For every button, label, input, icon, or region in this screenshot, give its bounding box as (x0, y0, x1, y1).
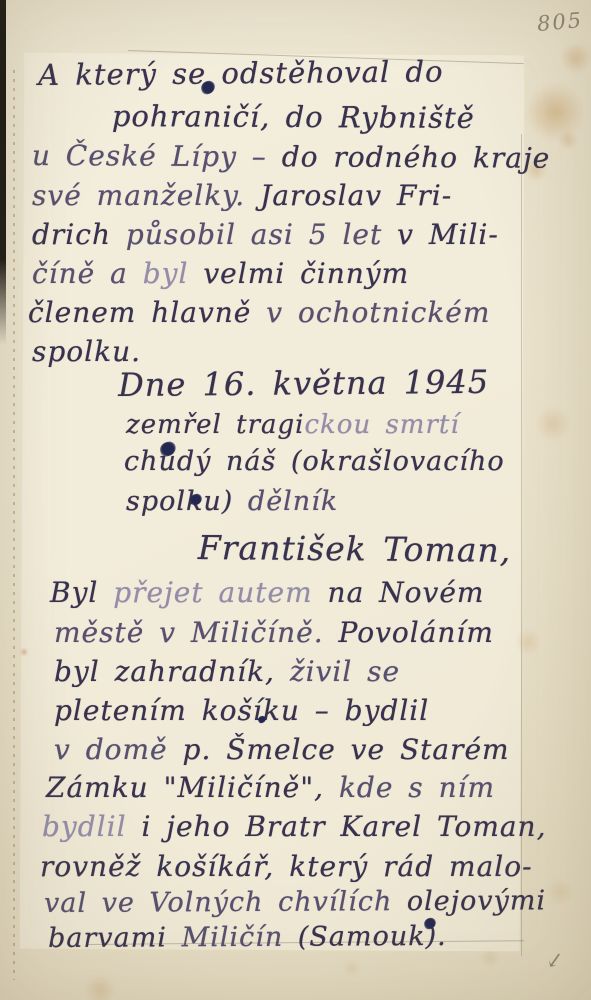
manuscript-line: rovněž košíkář, který rád malo- (40, 850, 533, 883)
manuscript-line: u České Lípy – do rodného kraje (32, 139, 551, 175)
paper-stain (84, 974, 116, 1000)
manuscript-segment: chudý náš (okrašlovacího (124, 446, 505, 477)
manuscript-segment: byl zahradník, (54, 655, 290, 688)
paper-stain (558, 130, 578, 150)
stitch-marks (13, 70, 15, 980)
manuscript-segment: Povoláním (339, 616, 494, 649)
manuscript-segment: dělník (248, 486, 338, 517)
manuscript-line: v domě p. Šmelce ve Starém (54, 733, 510, 766)
manuscript-line: pohraničí, do Rybniště (112, 99, 475, 135)
manuscript-segment: Karel Toman, (341, 810, 547, 843)
paper-stain (535, 406, 571, 442)
manuscript-segment: ckou smrtí (304, 410, 459, 440)
manuscript-line: barvami Miličín (Samouk). (48, 921, 447, 954)
manuscript-segment: do rodného kraje (282, 140, 551, 174)
page-number: 805 (536, 8, 584, 36)
manuscript-segment: v domě (54, 733, 183, 766)
manuscript-segment: val ve Volných chvílích (44, 886, 407, 919)
manuscript-segment: (Samouk). (298, 921, 447, 953)
manuscript-segment: živil se (290, 655, 400, 688)
manuscript-line: bydlil i jeho Bratr Karel Toman, (42, 810, 547, 843)
manuscript-line: číně a byl velmi činným (32, 257, 409, 290)
paper-stain (525, 82, 585, 142)
binding-edge (0, 0, 6, 345)
manuscript-segment: u České Lípy – (32, 139, 282, 173)
manuscript-segment: František Toman, (198, 528, 512, 570)
manuscript-segment: olejovými (407, 885, 546, 917)
manuscript-segment: Miličín (181, 922, 297, 954)
manuscript-segment: pohraničí, do Rybniště (112, 99, 475, 135)
manuscript-segment: rovněž košíkář, který rád malo- (40, 850, 533, 883)
manuscript-line: pletením košíku – bydlil (54, 694, 429, 727)
manuscript-line: své manželky. Jaroslav Fri- (32, 179, 452, 212)
paper-stain (560, 42, 591, 74)
manuscript-page: 805 A který se odstěhoval dopohraničí, d… (0, 0, 591, 1000)
manuscript-segment: v Mili- (397, 218, 499, 251)
manuscript-segment: i jeho Bratr (141, 810, 340, 843)
manuscript-segment: bydlil (42, 810, 141, 843)
manuscript-segment: spolku. (32, 335, 141, 368)
manuscript-line: spolku) dělník (126, 486, 338, 517)
manuscript-segment: Jaroslav Fri- (260, 179, 452, 212)
manuscript-segment: A který se odstěhoval do (38, 54, 444, 92)
manuscript-line: František Toman, (198, 528, 512, 570)
manuscript-segment: pletením košíku – bydlil (54, 694, 429, 727)
manuscript-segment: velmi činným (203, 257, 409, 290)
manuscript-segment: barvami (48, 922, 182, 954)
paper-stain (343, 959, 361, 977)
manuscript-segment: byl (143, 257, 204, 290)
paper-stain (546, 878, 574, 906)
manuscript-line: Dne 16. května 1945 (118, 363, 489, 404)
pencil-arrow-mark: ↙ (544, 947, 566, 974)
manuscript-line: Byl přejet autem na Novém (50, 576, 484, 609)
manuscript-segment: číně a (32, 257, 143, 290)
manuscript-segment: městě v Miličíně. (54, 616, 339, 649)
manuscript-segment: na Novém (328, 576, 485, 609)
manuscript-segment: zemřel tragi (126, 410, 304, 440)
manuscript-line: val ve Volných chvílích olejovými (44, 885, 546, 919)
manuscript-segment: Byl (50, 576, 113, 609)
manuscript-line: zemřel tragickou smrtí (126, 410, 460, 440)
manuscript-segment: členem hlavně (28, 296, 266, 329)
manuscript-segment: spolku) (126, 486, 248, 517)
manuscript-line: chudý náš (okrašlovacího (124, 446, 505, 477)
manuscript-line: městě v Miličíně. Povoláním (54, 616, 494, 649)
manuscript-line: členem hlavně v ochotnickém (28, 296, 490, 329)
manuscript-segment: v ochotnickém (266, 296, 490, 329)
manuscript-segment: drich (32, 218, 126, 251)
manuscript-segment: své manželky. (32, 179, 260, 212)
manuscript-line: byl zahradník, živil se (54, 655, 400, 688)
manuscript-segment: Dne 16. května 1945 (118, 363, 489, 404)
manuscript-line: A který se odstěhoval do (38, 54, 444, 92)
manuscript-segment: přejet autem (113, 576, 327, 609)
manuscript-segment: kde s ním (339, 771, 495, 804)
manuscript-segment: p. Šmelce ve Starém (183, 733, 510, 766)
manuscript-line: spolku. (32, 335, 141, 368)
manuscript-segment: Zámku "Miličíně", (46, 771, 339, 804)
manuscript-line: drich působil asi 5 let v Mili- (32, 218, 499, 251)
manuscript-line: Zámku "Miličíně", kde s ním (46, 771, 495, 804)
manuscript-segment: působil asi 5 let (126, 218, 397, 251)
